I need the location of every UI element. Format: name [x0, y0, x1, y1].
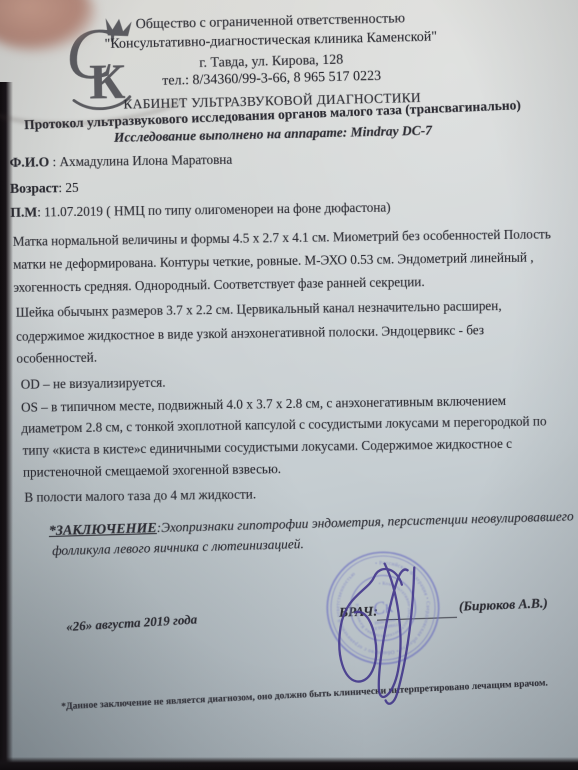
photo-left-edge — [0, 82, 13, 770]
os-line-4: пристеночной смещаемой эхогенной взвесью… — [23, 461, 281, 481]
cervix-line-2: содержимое жидкостное в виде узкой анэхо… — [16, 322, 484, 345]
uterus-line-1: Матка нормальной величины и формы 4.5 х … — [13, 226, 551, 250]
age-label: Возраст — [10, 180, 59, 196]
doctor-name: (Бирюков А.В.) — [459, 595, 549, 615]
os-line-2: диаметром 2.8 см, с тонкой эхоплотной ка… — [21, 413, 546, 436]
cervix-line-3: особенностей. — [16, 350, 97, 367]
pm-label: П.М — [10, 205, 37, 220]
fluid-line: В полости малого таза до 4 мл жидкости. — [24, 486, 256, 505]
fio-value: : Ахмадулина Илона Маратовна — [49, 152, 232, 170]
conclusion-line-1: :Эхопризнаки гипотрофии эндометрия, перс… — [156, 508, 573, 535]
pm-value: : 11.07.2019 ( НМЦ по типу олигоменореи … — [37, 200, 391, 220]
os-line-3: типу «киста в кисте»с единичными сосудис… — [23, 436, 513, 459]
signature-stroke-2 — [379, 564, 408, 697]
document-photo: С К Общество с ограниченной ответственно… — [0, 0, 578, 770]
fio-label: Ф.И.О — [10, 154, 50, 170]
report-date: «26» августа 2019 года — [66, 611, 198, 635]
uterus-line-2: матки не деформирована. Контуры четкие, … — [13, 250, 534, 273]
od-line: OD – не визуализируется. — [21, 375, 166, 393]
uterus-line-3: эхогенность средняя. Однородный. Соответ… — [13, 274, 424, 296]
doctor-signature — [330, 556, 445, 709]
conclusion-label: *ЗАКЛЮЧЕНИЕ — [49, 521, 157, 539]
disclaimer-note: *Данное заключение не является диагнозом… — [61, 677, 548, 712]
conclusion-line-2: фолликула левого яичника с лютеинизацией… — [52, 536, 304, 559]
os-line-1: OS – в типичном месте, подвижный 4.0 х 3… — [21, 393, 506, 416]
age-value: : 25 — [58, 180, 78, 195]
cervix-line-1: Шейка обычынх размеров 3.7 х 2.2 см. Цер… — [16, 298, 502, 321]
photo-bottom-edge — [0, 757, 578, 770]
